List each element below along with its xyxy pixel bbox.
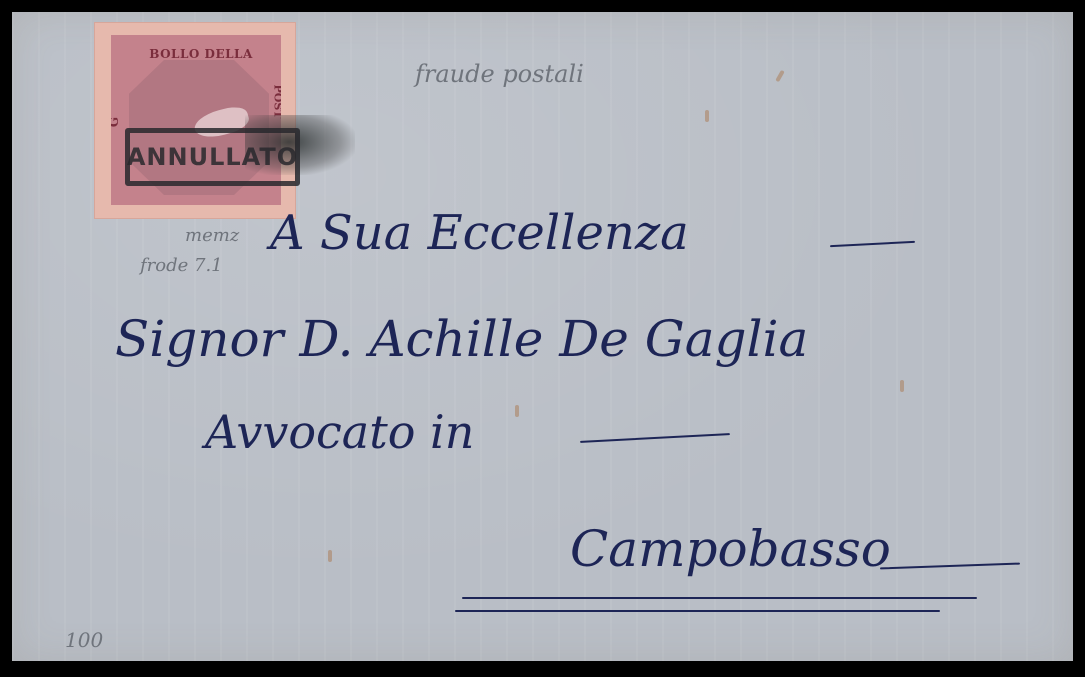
- pencil-note-left-b: frode 7.1: [140, 255, 223, 276]
- cancellation-postmark: ANNULLATO: [125, 128, 300, 186]
- address-line-4: Campobasso: [570, 520, 891, 578]
- pencil-note-top: fraude postali: [415, 60, 584, 88]
- address-line-2: Signor D. Achille De Gaglia: [115, 310, 808, 368]
- stamp-left-text: G: [107, 117, 121, 127]
- stamp-right-text: POST: [271, 85, 284, 119]
- foxing-stain: [900, 380, 904, 392]
- stamp-top-text: BOLLO DELLA: [146, 47, 256, 61]
- address-line-1: A Sua Eccellenza: [270, 205, 689, 261]
- underline-2: [455, 610, 940, 612]
- address-line-3: Avvocato in: [205, 405, 474, 459]
- foxing-stain: [515, 405, 519, 417]
- pencil-note-left-a: memz: [185, 225, 239, 246]
- foxing-stain: [328, 550, 332, 562]
- foxing-stain: [705, 110, 709, 122]
- pencil-note-bottom: 100: [65, 628, 103, 652]
- underline-1: [462, 597, 977, 599]
